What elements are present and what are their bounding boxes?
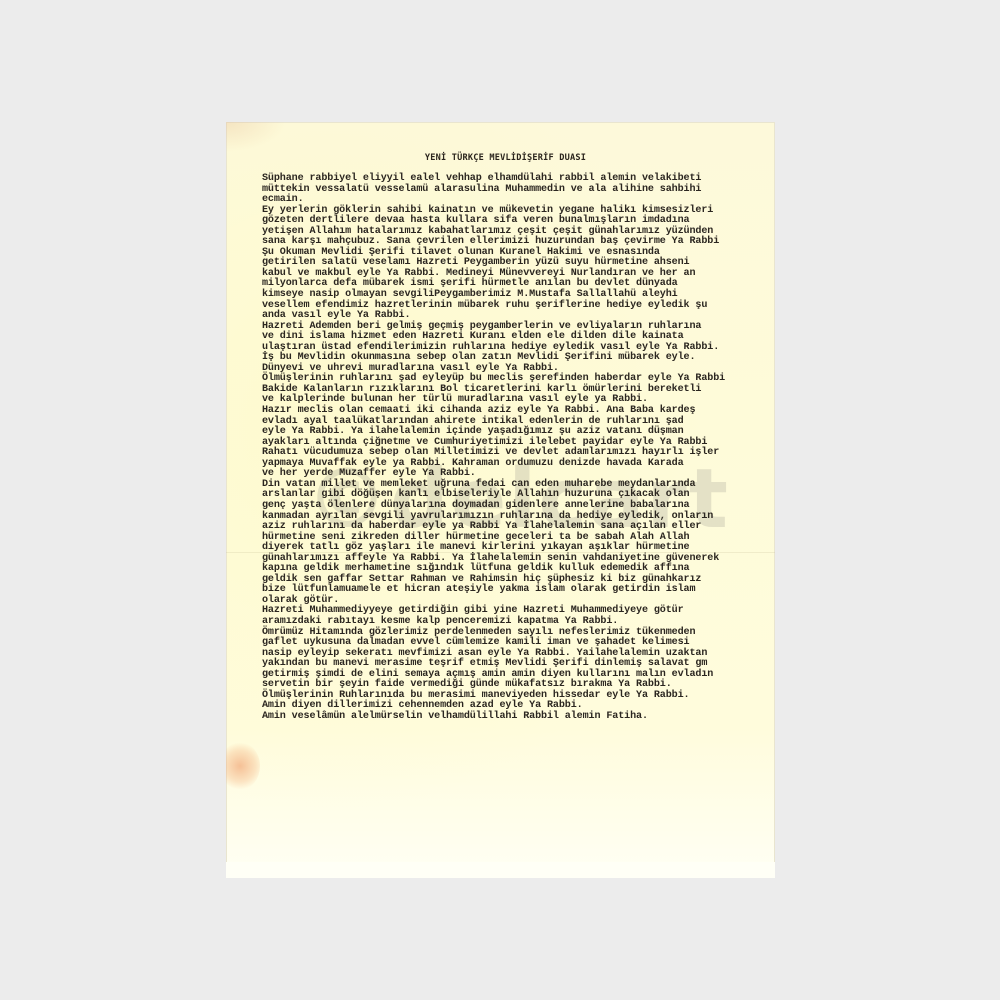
text-line: kimseye nasip olmayan sevgiliPeygamberim…: [262, 290, 772, 301]
text-line: genç yaşta ölenlere dünyalarına doymadan…: [262, 501, 772, 512]
document-title: YENİ TÜRKÇE MEVLİDİŞERİF DUASI: [226, 153, 775, 163]
text-line: aramızdaki rabıtayı kesme kalp penceremi…: [262, 617, 772, 628]
text-line: müttekin vessalatü vesselamü alarasulina…: [262, 185, 772, 196]
paper-stain: [226, 742, 260, 790]
paper-bottom-edge: [226, 862, 775, 878]
text-line: Amin veselâmün alelmürselin velhamdülill…: [262, 712, 772, 723]
document-body: Süphane rabbiyel eliyyil ealel vehhap el…: [262, 174, 772, 722]
document-page: ©delcart YENİ TÜRKÇE MEVLİDİŞERİF DUASI …: [226, 122, 775, 878]
text-line: Hazır meclis olan cemaati iki cihanda az…: [262, 406, 772, 417]
text-line: Süphane rabbiyel eliyyil ealel vehhap el…: [262, 174, 772, 185]
paper-edge-stain: [226, 122, 286, 152]
viewer-stage: ©delcart YENİ TÜRKÇE MEVLİDİŞERİF DUASI …: [0, 0, 1000, 1000]
text-line: aziz ruhlarını da haberdar eyle ya Rabbi…: [262, 522, 772, 533]
